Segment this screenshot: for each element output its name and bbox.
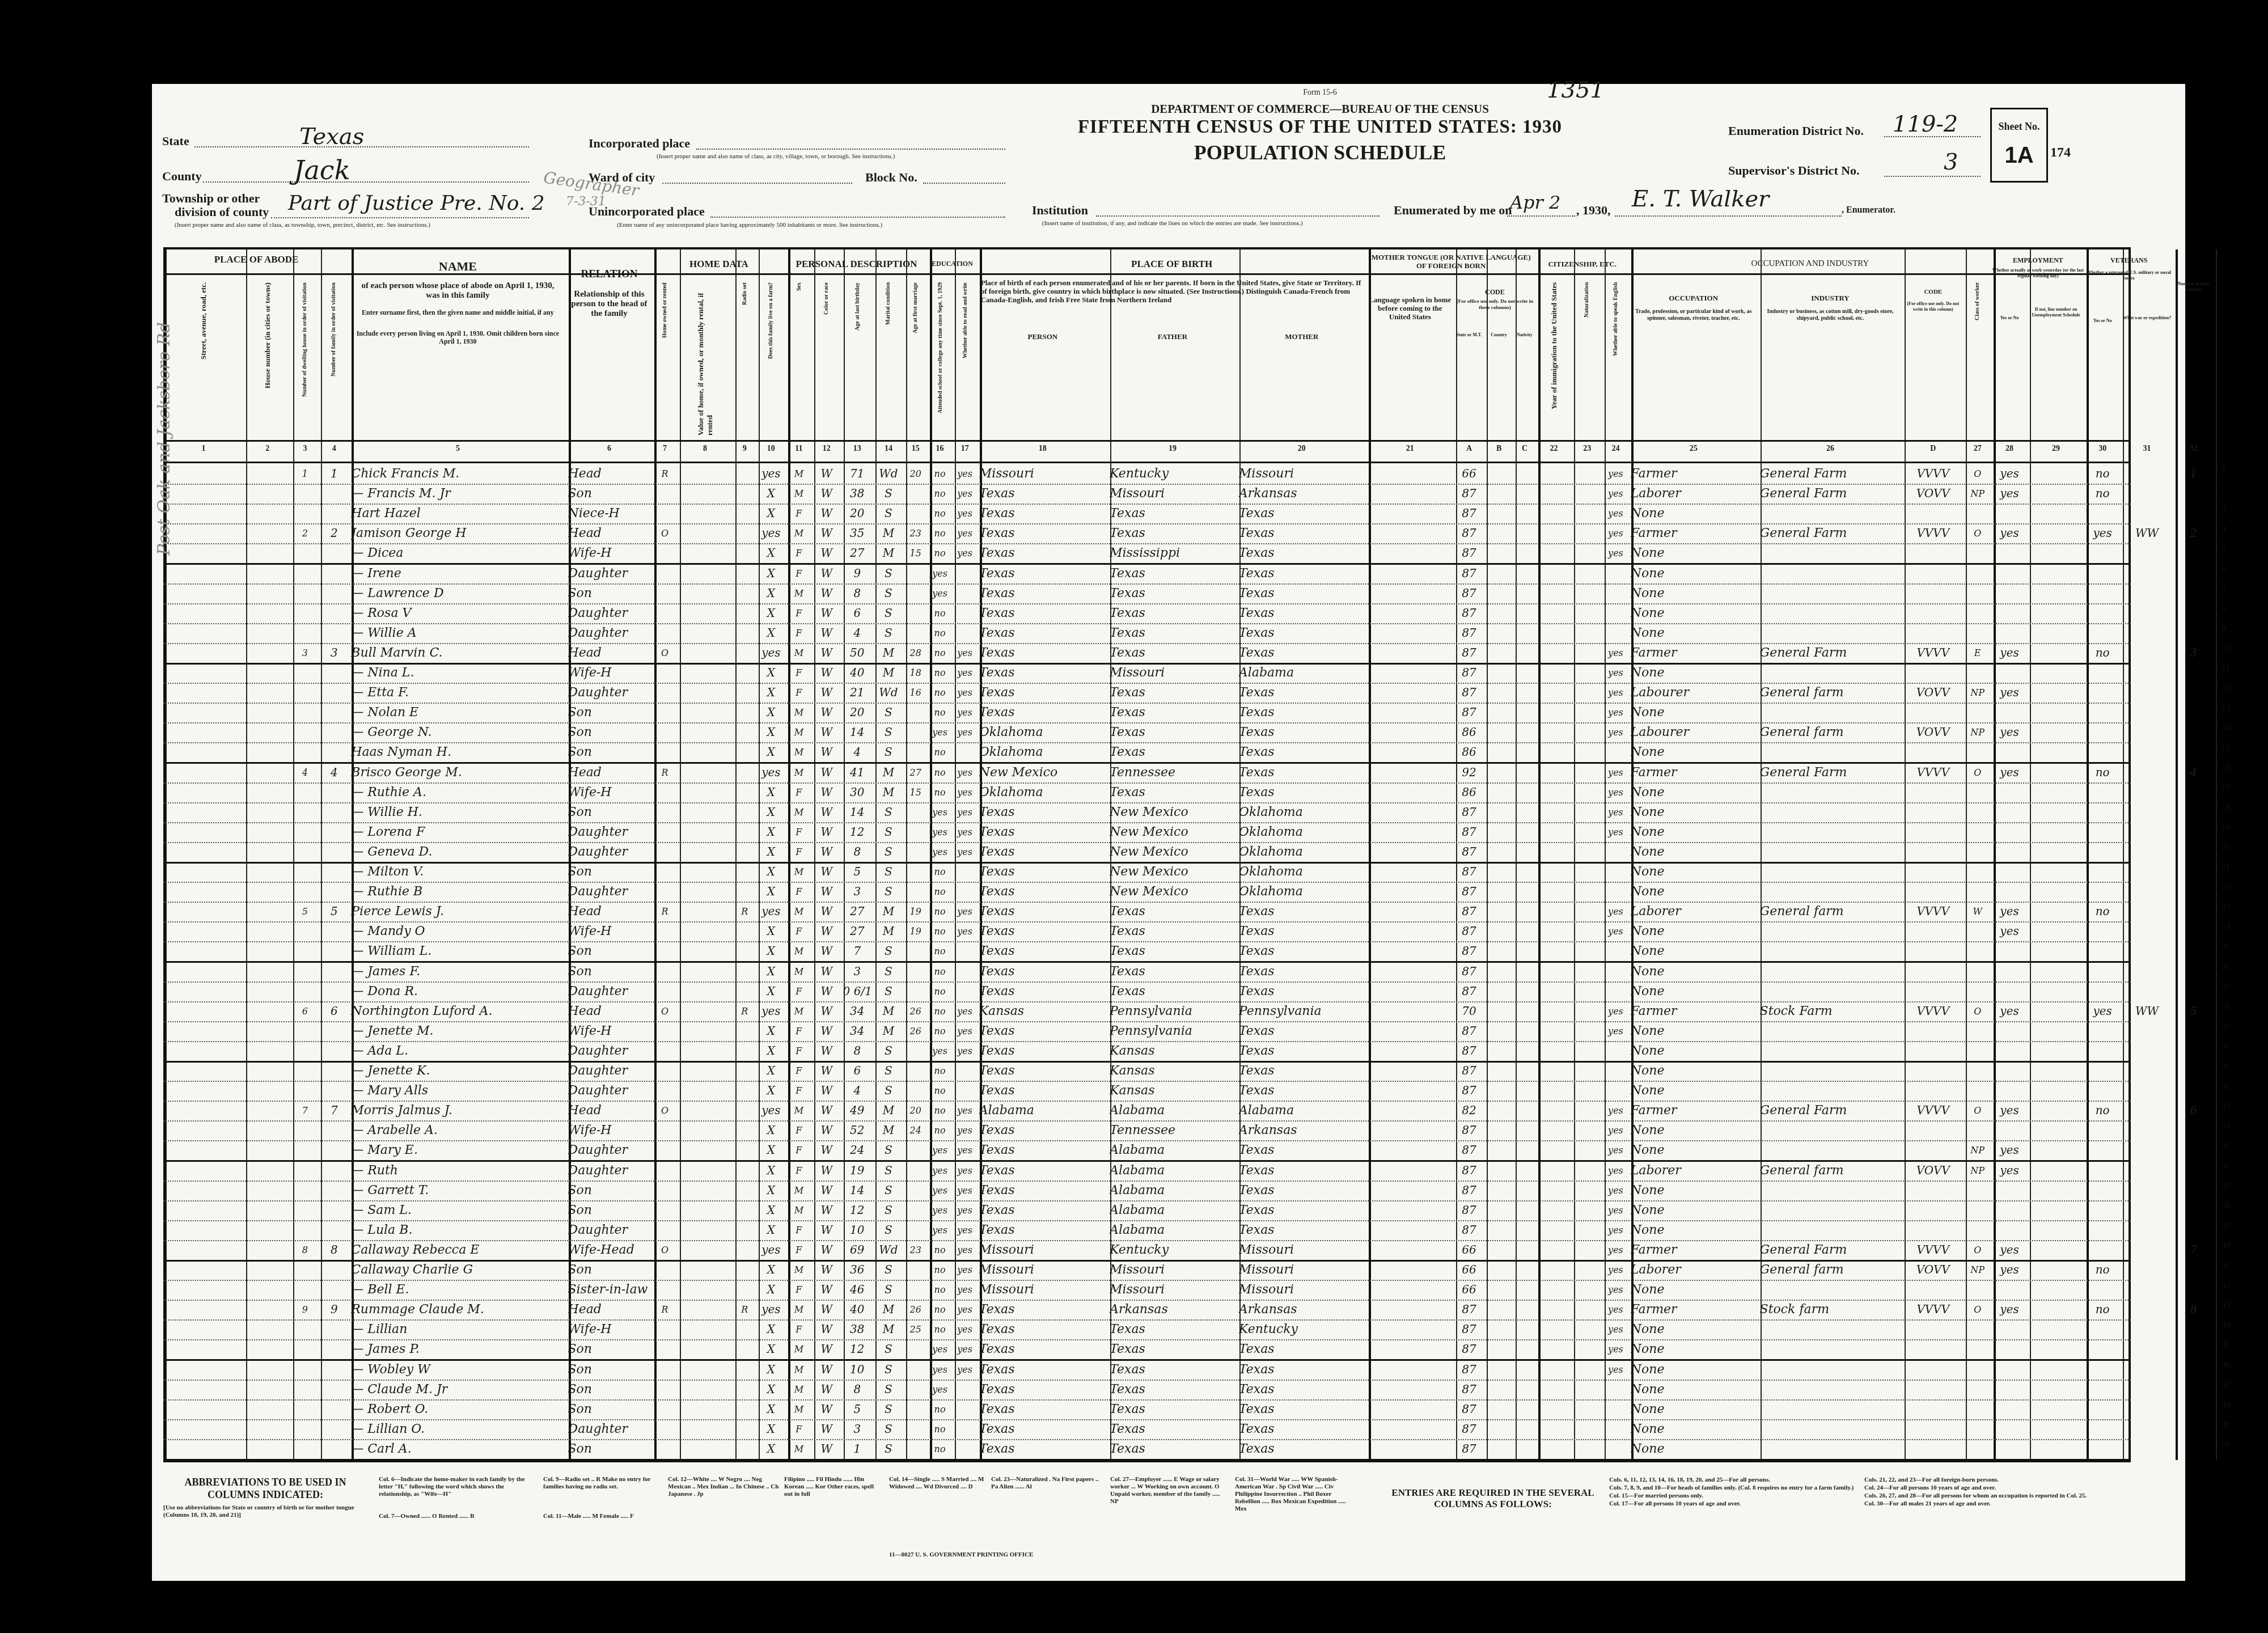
cell-school: no — [929, 1122, 951, 1139]
cell-farm: X — [758, 1022, 784, 1040]
cell-code-a: 87 — [1455, 1162, 1483, 1179]
header-father: FATHER — [1108, 331, 1237, 342]
cell-farm-sched — [2175, 1221, 2212, 1239]
cell-relation: Wife-H — [568, 1321, 651, 1338]
cell-marital: M — [875, 1102, 902, 1119]
cell-class: O — [1965, 1241, 1990, 1259]
cell-code-d — [1904, 883, 1962, 900]
cell-age: 21 — [843, 684, 871, 701]
cell-radio — [735, 544, 755, 562]
cell-family — [320, 1281, 348, 1298]
cell-vet-war — [2122, 1361, 2172, 1378]
cell-radio — [735, 1202, 755, 1219]
page-stamp: 174 — [2050, 145, 2071, 160]
cell-father: Pennsylvania — [1110, 1002, 1235, 1020]
cell-name: — Ruth — [351, 1162, 564, 1179]
cell-age-marr: 16 — [905, 684, 926, 701]
cell-birth: Texas — [979, 903, 1106, 920]
cell-dwelling — [293, 1122, 317, 1139]
cell-vet — [2086, 923, 2119, 940]
cell-code-d: VVVV — [1904, 1102, 1962, 1119]
line-number: 23 — [2222, 903, 2230, 912]
cell-code-a: 87 — [1455, 565, 1483, 582]
cell-code-a: 87 — [1455, 1440, 1483, 1458]
cell-father: Texas — [1110, 1340, 1235, 1358]
cell-literate: yes — [954, 1321, 976, 1338]
line-number: 13 — [2222, 704, 2230, 713]
cell-literate: yes — [954, 664, 976, 682]
cell-code-a: 86 — [1455, 784, 1483, 801]
cell-vet — [2086, 1420, 2119, 1438]
cell-literate — [954, 1082, 976, 1099]
cell-occupation: None — [1631, 544, 1757, 562]
cell-mother: Arkansas — [1239, 1122, 1365, 1139]
cell-at-work — [1993, 704, 2026, 721]
cell-age-marr — [905, 803, 926, 821]
cell-school: no — [929, 1281, 951, 1298]
table-row: — Carl A.SonXMW1SnoTexasTexasTexas87None… — [163, 1439, 2131, 1461]
header-home-data: HOME DATA — [652, 259, 785, 269]
table-row: — Rosa VDaughterXFW6SnoTexasTexasTexas87… — [163, 603, 2131, 624]
cell-english — [1604, 1401, 1627, 1418]
cell-school: yes — [929, 843, 951, 861]
cell-farm-sched — [2175, 942, 2212, 960]
cell-farm: X — [758, 624, 784, 642]
cell-family — [320, 1340, 348, 1358]
cell-industry: General Farm — [1760, 485, 1901, 502]
cell-tenure — [654, 565, 675, 582]
cell-vet-war — [2122, 1301, 2172, 1318]
cell-age-marr — [905, 485, 926, 502]
cell-vet-war — [2122, 1281, 2172, 1298]
header-emp-yes-no: Yes or No — [1991, 315, 2028, 321]
entries-line-3: Col. 15—For married persons only. — [1609, 1492, 1859, 1500]
cell-farm-sched: 4 — [2175, 764, 2212, 781]
cell-age-marr — [905, 704, 926, 721]
cell-vet: no — [2086, 1102, 2119, 1119]
cell-birth: Texas — [979, 1381, 1106, 1398]
cell-occupation: Farmer — [1631, 764, 1757, 781]
cell-relation: Daughter — [568, 604, 651, 622]
cell-race: W — [814, 524, 839, 542]
table-row: — Jenette K.DaughterXFW6SnoTexasKansasTe… — [163, 1061, 2131, 1082]
cell-family — [320, 1082, 348, 1099]
cell-name: Brisco George M. — [351, 764, 564, 781]
cell-farm-sched — [2175, 505, 2212, 522]
cell-tenure — [654, 1202, 675, 1219]
header-mother: MOTHER — [1237, 331, 1366, 342]
cell-race: W — [814, 1420, 839, 1438]
cell-age-marr: 20 — [905, 1102, 926, 1119]
footnote-col23: Col. 23—Naturalized . Na First papers ..… — [991, 1476, 1099, 1491]
table-row: — Arabelle A.Wife-HXFW52M24noyesTexasTen… — [163, 1120, 2131, 1141]
cell-class — [1965, 1381, 1990, 1398]
cell-class — [1965, 1082, 1990, 1099]
cell-age: 12 — [843, 823, 871, 841]
cell-code-d: VVVV — [1904, 524, 1962, 542]
column-number: 17 — [953, 445, 978, 458]
cell-age-marr: 23 — [905, 1241, 926, 1259]
cell-english: yes — [1604, 764, 1627, 781]
line-number: 31 — [2222, 1062, 2230, 1072]
line-number: 4 — [2222, 524, 2226, 534]
cell-age: 3 — [843, 963, 871, 980]
cell-farm-sched — [2175, 1321, 2212, 1338]
cell-sex: M — [788, 903, 811, 920]
cell-occupation: None — [1631, 1182, 1757, 1199]
header-c23: Naturalization — [1573, 282, 1601, 435]
line-number: 35 — [2222, 1141, 2230, 1151]
cell-marital: Wd — [875, 684, 902, 701]
cell-code-d — [1904, 1381, 1962, 1398]
cell-farm-sched — [2175, 923, 2212, 940]
cell-farm: yes — [758, 903, 784, 920]
cell-dwelling — [293, 1221, 317, 1239]
line-number: 34 — [2222, 1122, 2230, 1131]
column-number: 11 — [786, 445, 813, 458]
cell-father: Texas — [1110, 604, 1235, 622]
cell-english: yes — [1604, 1340, 1627, 1358]
cell-dwelling — [293, 565, 317, 582]
cell-occupation: None — [1631, 863, 1757, 881]
cell-name: — James P. — [351, 1340, 564, 1358]
cell-family — [320, 485, 348, 502]
cell-code-d — [1904, 823, 1962, 841]
cell-age: 7 — [843, 942, 871, 960]
cell-dwelling — [293, 1281, 317, 1298]
cell-father: Mississippi — [1110, 544, 1235, 562]
cell-code-a: 87 — [1455, 684, 1483, 701]
cell-age-marr — [905, 724, 926, 741]
cell-dwelling: 7 — [293, 1102, 317, 1119]
cell-relation: Wife-H — [568, 664, 651, 682]
cell-name: Hart Hazel — [351, 505, 564, 522]
cell-radio — [735, 843, 755, 861]
cell-age-marr: 26 — [905, 1301, 926, 1318]
cell-sex: F — [788, 1281, 811, 1298]
cell-family — [320, 505, 348, 522]
line-number: 16 — [2222, 764, 2230, 773]
cell-name: — Arabelle A. — [351, 1122, 564, 1139]
cell-at-work — [1993, 1022, 2026, 1040]
cell-industry — [1760, 1420, 1901, 1438]
cell-code-a: 66 — [1455, 1261, 1483, 1279]
cell-occupation: Farmer — [1631, 1102, 1757, 1119]
cell-farm: yes — [758, 644, 784, 662]
cell-dwelling — [293, 1321, 317, 1338]
cell-at-work — [1993, 1062, 2026, 1080]
cell-industry: Stock Farm — [1760, 1002, 1901, 1020]
cell-code-a: 87 — [1455, 1321, 1483, 1338]
cell-school: no — [929, 505, 951, 522]
cell-marital: S — [875, 863, 902, 881]
table-row: — Geneva D.DaughterXFW8SyesyesTexasNew M… — [163, 842, 2131, 864]
cell-race: W — [814, 1042, 839, 1060]
cell-father: Missouri — [1110, 664, 1235, 682]
cell-code-d — [1904, 1141, 1962, 1159]
cell-at-work — [1993, 544, 2026, 562]
cell-sex: M — [788, 1261, 811, 1279]
cell-school: yes — [929, 1221, 951, 1239]
cell-industry — [1760, 1281, 1901, 1298]
cell-age: 50 — [843, 644, 871, 662]
cell-occupation: None — [1631, 1361, 1757, 1378]
cell-relation: Wife-Head — [568, 1241, 651, 1259]
cell-age-marr — [905, 1182, 926, 1199]
cell-school: no — [929, 1420, 951, 1438]
cell-code-a: 87 — [1455, 823, 1483, 841]
cell-age-marr: 15 — [905, 784, 926, 801]
cell-class — [1965, 565, 1990, 582]
township-label-line2: division of county — [162, 205, 269, 219]
cell-farm: X — [758, 1420, 784, 1438]
cell-birth: Texas — [979, 485, 1106, 502]
cell-dwelling: 4 — [293, 764, 317, 781]
line-number: 28 — [2222, 1002, 2230, 1012]
line-number: 38 — [2222, 1202, 2230, 1211]
cell-family: 5 — [320, 903, 348, 920]
cell-sex: F — [788, 544, 811, 562]
cell-code-a: 86 — [1455, 743, 1483, 761]
cell-class: NP — [1965, 1261, 1990, 1279]
cell-age: 14 — [843, 803, 871, 821]
entries-line-4: Col. 17—For all persons 10 years of age … — [1609, 1500, 1859, 1508]
department-line: DEPARTMENT OF COMMERCE—BUREAU OF THE CEN… — [1036, 102, 1603, 116]
cell-at-work: yes — [1993, 1301, 2026, 1318]
cell-father: Alabama — [1110, 1141, 1235, 1159]
cell-sex: F — [788, 604, 811, 622]
cell-code-a: 82 — [1455, 1102, 1483, 1119]
cell-code-a: 87 — [1455, 1022, 1483, 1040]
cell-race: W — [814, 903, 839, 920]
cell-english: yes — [1604, 1261, 1627, 1279]
cell-father: Texas — [1110, 1420, 1235, 1438]
cell-industry — [1760, 1182, 1901, 1199]
cell-birth: Texas — [979, 1202, 1106, 1219]
cell-english: yes — [1604, 1102, 1627, 1119]
cell-radio — [735, 1122, 755, 1139]
header-code-b: Country — [1484, 332, 1513, 338]
cell-family — [320, 565, 348, 582]
ward-line — [662, 183, 852, 184]
cell-vet — [2086, 1381, 2119, 1398]
cell-marital: Wd — [875, 465, 902, 483]
cell-class — [1965, 604, 1990, 622]
cell-occupation: None — [1631, 1381, 1757, 1398]
cell-age: 8 — [843, 1042, 871, 1060]
cell-family — [320, 1042, 348, 1060]
cell-vet — [2086, 1042, 2119, 1060]
cell-occupation: None — [1631, 963, 1757, 980]
cell-sex: M — [788, 1301, 811, 1318]
cell-tenure — [654, 704, 675, 721]
cell-farm-sched — [2175, 485, 2212, 502]
cell-code-d: VOVV — [1904, 1261, 1962, 1279]
cell-race: W — [814, 624, 839, 642]
table-row: — Ruthie A.Wife-HXFW30M15noyesOklahomaTe… — [163, 782, 2131, 803]
cell-radio — [735, 1141, 755, 1159]
cell-at-work: yes — [1993, 485, 2026, 502]
cell-marital: M — [875, 1002, 902, 1020]
table-row: — IreneDaughterXFW9SyesTexasTexasTexas87… — [163, 564, 2131, 585]
cell-at-work: yes — [1993, 903, 2026, 920]
cell-tenure — [654, 604, 675, 622]
cell-vet — [2086, 823, 2119, 841]
cell-relation: Daughter — [568, 883, 651, 900]
cell-mother: Texas — [1239, 505, 1365, 522]
cell-farm: X — [758, 1042, 784, 1060]
cell-occupation: Laborer — [1631, 1162, 1757, 1179]
cell-literate — [954, 624, 976, 642]
cell-occupation: None — [1631, 823, 1757, 841]
cell-english — [1604, 1042, 1627, 1060]
cell-sex: M — [788, 1102, 811, 1119]
cell-vet-war — [2122, 823, 2172, 841]
cell-dwelling — [293, 664, 317, 682]
state-value: Texas — [299, 124, 364, 150]
cell-occupation: None — [1631, 1340, 1757, 1358]
cell-age-marr — [905, 1381, 926, 1398]
cell-mother: Oklahoma — [1239, 823, 1365, 841]
line-number: 36 — [2222, 1162, 2230, 1171]
table-row: — Lillian O.DaughterXFW3SnoTexasTexasTex… — [163, 1419, 2131, 1440]
cell-age: 49 — [843, 1102, 871, 1119]
cell-industry — [1760, 983, 1901, 1000]
cell-birth: Texas — [979, 1042, 1106, 1060]
header-rule — [163, 462, 2131, 463]
cell-vet — [2086, 1241, 2119, 1259]
column-number: 30 — [2084, 445, 2121, 458]
cell-code-a: 87 — [1455, 1202, 1483, 1219]
column-number: 31 — [2121, 445, 2173, 458]
cell-race: W — [814, 1301, 839, 1318]
incorporated-hint: (Insert proper name and also name of cla… — [657, 153, 895, 160]
cell-english: yes — [1604, 704, 1627, 721]
cell-family — [320, 1381, 348, 1398]
cell-age-marr: 18 — [905, 664, 926, 682]
cell-family — [320, 1162, 348, 1179]
cell-code-a: 92 — [1455, 764, 1483, 781]
township-label: Township or other division of county — [162, 192, 269, 219]
cell-name: — Ruthie B — [351, 883, 564, 900]
header-c10: Does this family live on a farm? — [758, 282, 784, 435]
cell-english — [1604, 883, 1627, 900]
cell-marital: S — [875, 724, 902, 741]
cell-farm: X — [758, 684, 784, 701]
township-hint: (Insert proper name and also name of cla… — [175, 222, 430, 229]
cell-english: yes — [1604, 1221, 1627, 1239]
column-number: 5 — [349, 445, 566, 458]
cell-at-work — [1993, 1221, 2026, 1239]
cell-at-work: yes — [1993, 1102, 2026, 1119]
cell-age-marr — [905, 1042, 926, 1060]
cell-relation: Son — [568, 1182, 651, 1199]
cell-relation: Son — [568, 743, 651, 761]
cell-marital: S — [875, 565, 902, 582]
cell-father: Kansas — [1110, 1082, 1235, 1099]
cell-literate: yes — [954, 1162, 976, 1179]
cell-name: — Wobley W — [351, 1361, 564, 1378]
cell-farm: X — [758, 1340, 784, 1358]
cell-vet — [2086, 1141, 2119, 1159]
line-number: 44 — [2222, 1321, 2230, 1330]
cell-code-d — [1904, 1401, 1962, 1418]
cell-mother: Texas — [1239, 743, 1365, 761]
cell-sex: F — [788, 565, 811, 582]
cell-family — [320, 544, 348, 562]
cell-father: Texas — [1110, 704, 1235, 721]
footnote-col12: Col. 12—White .... W Negro .... Neg Mexi… — [668, 1476, 781, 1498]
footnote-col7: Col. 7—Owned ...... O Rented ...... R — [379, 1513, 526, 1520]
table-row: 33Bull Marvin C.HeadOyesMW50M28noyesTexa… — [163, 643, 2131, 665]
cell-radio — [735, 704, 755, 721]
cell-age-marr — [905, 1082, 926, 1099]
cell-race: W — [814, 664, 839, 682]
cell-relation: Daughter — [568, 983, 651, 1000]
table-row: — Mary E.DaughterXFW24SyesyesTexasAlabam… — [163, 1140, 2131, 1162]
cell-school: no — [929, 1301, 951, 1318]
table-row: — Lula B.DaughterXFW10SyesyesTexasAlabam… — [163, 1220, 2131, 1241]
cell-name: — Jenette K. — [351, 1062, 564, 1080]
line-number: 27 — [2222, 983, 2230, 992]
cell-race: W — [814, 1261, 839, 1279]
cell-marital: S — [875, 743, 902, 761]
cell-vet-war — [2122, 983, 2172, 1000]
cell-industry: General Farm — [1760, 1241, 1901, 1259]
cell-mother: Texas — [1239, 784, 1365, 801]
cell-industry — [1760, 624, 1901, 642]
cell-at-work — [1993, 1281, 2026, 1298]
cell-sex: F — [788, 983, 811, 1000]
cell-family — [320, 624, 348, 642]
cell-sex: F — [788, 1022, 811, 1040]
cell-mother: Oklahoma — [1239, 803, 1365, 821]
cell-race: W — [814, 1141, 839, 1159]
cell-industry — [1760, 883, 1901, 900]
cell-family — [320, 883, 348, 900]
table-row: — Milton V.SonXMW5SnoTexasNew MexicoOkla… — [163, 862, 2131, 883]
cell-industry — [1760, 1062, 1901, 1080]
cell-english — [1604, 963, 1627, 980]
cell-literate: yes — [954, 485, 976, 502]
cell-school: no — [929, 524, 951, 542]
cell-literate: yes — [954, 923, 976, 940]
header-c1: Street, avenue, road, etc. — [164, 282, 243, 435]
township-value: Part of Justice Pre. No. 2 — [288, 192, 545, 215]
cell-relation: Daughter — [568, 1042, 651, 1060]
cell-dwelling — [293, 624, 317, 642]
cell-code-a: 66 — [1455, 465, 1483, 483]
cell-at-work — [1993, 604, 2026, 622]
cell-industry — [1760, 1340, 1901, 1358]
cell-race: W — [814, 1202, 839, 1219]
cell-farm-sched — [2175, 1401, 2212, 1418]
cell-code-d — [1904, 963, 1962, 980]
cell-father: Alabama — [1110, 1162, 1235, 1179]
cell-radio — [735, 1221, 755, 1239]
cell-at-work — [1993, 1340, 2026, 1358]
cell-relation: Daughter — [568, 1162, 651, 1179]
cell-marital: M — [875, 664, 902, 682]
cell-sex: F — [788, 1420, 811, 1438]
cell-code-d: VOVV — [1904, 485, 1962, 502]
cell-literate — [954, 565, 976, 582]
header-mother-tongue: MOTHER TONGUE (OR NATIVE LANGUAGE) OF FO… — [1366, 253, 1536, 270]
cell-father: Kentucky — [1110, 465, 1235, 483]
cell-literate: yes — [954, 1122, 976, 1139]
column-number: 26 — [1758, 445, 1903, 458]
header-code-d-desc: (For office use only. Do not write in th… — [1902, 301, 1964, 312]
